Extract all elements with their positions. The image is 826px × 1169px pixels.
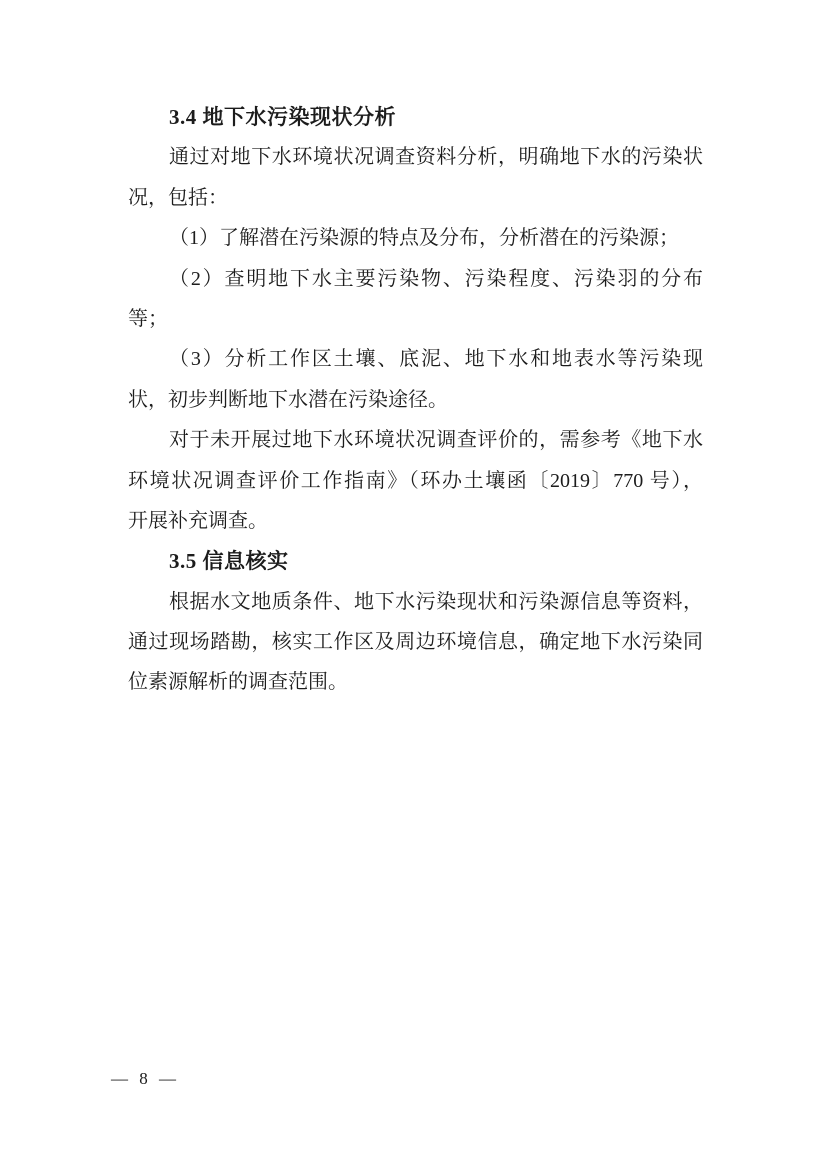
paragraph-line: 通过现场踏勘，核实工作区及周边环境信息，确定地下水污染同 xyxy=(128,622,703,662)
page-number: — 8 — xyxy=(111,1066,176,1092)
list-item-2-line: 等； xyxy=(128,299,703,339)
document-page: 3.4 地下水污染现状分析 通过对地下水环境状况调查资料分析，明确地下水的污染状… xyxy=(0,0,826,1169)
paragraph-line: 开展补充调查。 xyxy=(128,501,703,541)
document-body: 3.4 地下水污染现状分析 通过对地下水环境状况调查资料分析，明确地下水的污染状… xyxy=(128,97,703,703)
section-heading-3-4: 3.4 地下水污染现状分析 xyxy=(128,97,703,137)
paragraph-line: 环境状况调查评价工作指南》（环办土壤函〔2019〕770 号）， xyxy=(128,461,703,501)
paragraph-line: 况，包括： xyxy=(128,178,703,218)
paragraph-line: 通过对地下水环境状况调查资料分析，明确地下水的污染状 xyxy=(128,137,703,177)
paragraph-line: 对于未开展过地下水环境状况调查评价的，需参考《地下水 xyxy=(128,420,703,460)
list-item-3-line: （3）分析工作区土壤、底泥、地下水和地表水等污染现 xyxy=(128,339,703,379)
list-item-3-line: 状，初步判断地下水潜在污染途径。 xyxy=(128,380,703,420)
paragraph-line: 根据水文地质条件、地下水污染现状和污染源信息等资料， xyxy=(128,582,703,622)
list-item-2-line: （2）查明地下水主要污染物、污染程度、污染羽的分布 xyxy=(128,259,703,299)
list-item-1-line: （1）了解潜在污染源的特点及分布，分析潜在的污染源； xyxy=(128,218,703,258)
section-heading-3-5: 3.5 信息核实 xyxy=(128,541,703,581)
paragraph-line: 位素源解析的调查范围。 xyxy=(128,662,703,702)
